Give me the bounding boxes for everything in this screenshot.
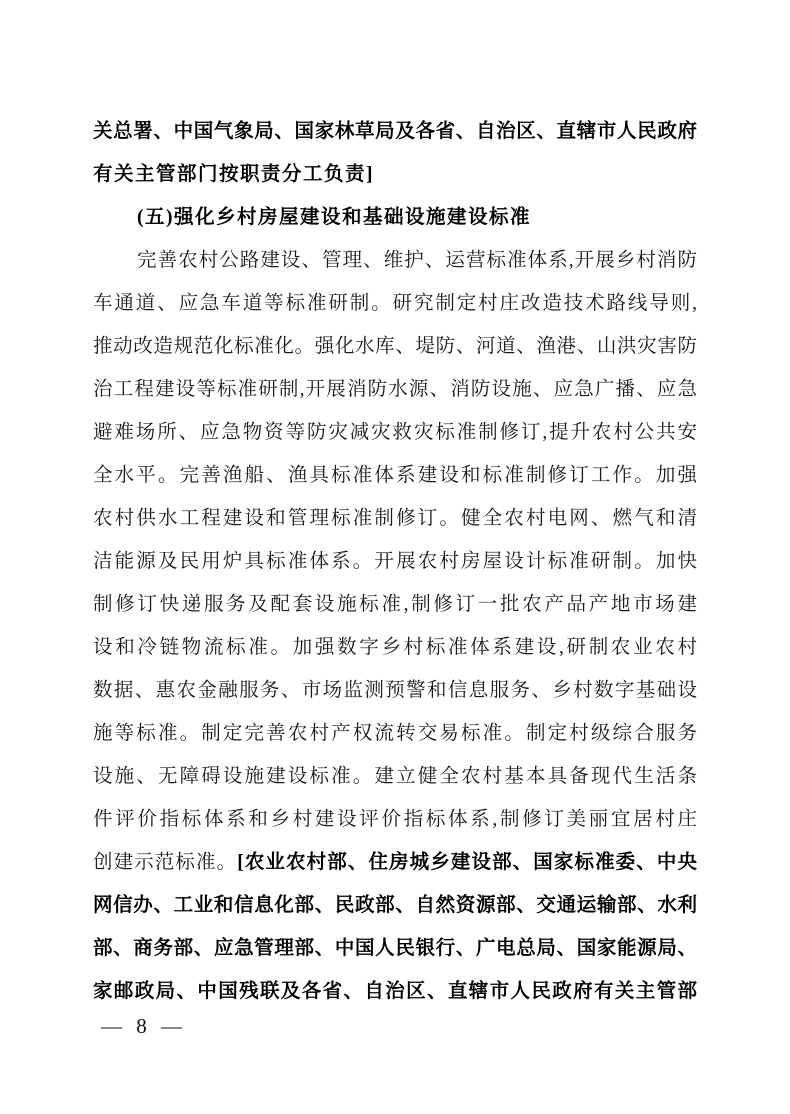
text-line: 推动改造规范化标准化。强化水库、堤防、河道、渔港、山洪灾害防	[93, 325, 697, 368]
text-line: 数据、惠农金融服务、市场监测预警和信息服务、乡村数字基础设	[93, 669, 697, 712]
document-body: 关总署、中国气象局、国家林草局及各省、自治区、直辖市人民政府 有关主管部门按职责…	[93, 110, 697, 1013]
text-line: 避难场所、应急物资等防灾减灾救灾标准制修订,提升农村公共安	[93, 411, 697, 454]
text-line: 关总署、中国气象局、国家林草局及各省、自治区、直辖市人民政府	[93, 110, 697, 153]
text-line: 设和冷链物流标准。加强数字乡村标准体系建设,研制农业农村	[93, 626, 697, 669]
text-line: 施等标准。制定完善农村产权流转交易标准。制定村级综合服务	[93, 712, 697, 755]
text-line: 件评价指标体系和乡村建设评价指标体系,制修订美丽宜居村庄	[93, 798, 697, 841]
page-number: — 8 —	[101, 1006, 182, 1046]
text-line: 设施、无障碍设施建设标准。建立健全农村基本具备现代生活条	[93, 755, 697, 798]
text-line: 网信办、工业和信息化部、民政部、自然资源部、交通运输部、水利	[93, 884, 697, 927]
text-line: 全水平。完善渔船、渔具标准体系建设和标准制修订工作。加强	[93, 454, 697, 497]
text-segment-bold: [农业农村部、住房城乡建设部、国家标准委、中央	[237, 852, 697, 873]
text-line: 家邮政局、中国残联及各省、自治区、直辖市人民政府有关主管部	[93, 970, 697, 1013]
text-line: 完善农村公路建设、管理、维护、运营标准体系,开展乡村消防	[93, 239, 697, 282]
text-line: 治工程建设等标准研制,开展消防水源、消防设施、应急广播、应急	[93, 368, 697, 411]
text-line: 有关主管部门按职责分工负责]	[93, 153, 697, 196]
text-segment: 创建示范标准。	[93, 852, 237, 873]
text-line: 农村供水工程建设和管理标准制修订。健全农村电网、燃气和清	[93, 497, 697, 540]
text-line: 洁能源及民用炉具标准体系。开展农村房屋设计标准研制。加快	[93, 540, 697, 583]
document-page: 关总署、中国气象局、国家林草局及各省、自治区、直辖市人民政府 有关主管部门按职责…	[0, 0, 790, 1114]
text-line-mixed: 创建示范标准。[农业农村部、住房城乡建设部、国家标准委、中央	[93, 841, 697, 884]
section-heading: (五)强化乡村房屋建设和基础设施建设标准	[93, 196, 697, 239]
text-line: 部、商务部、应急管理部、中国人民银行、广电总局、国家能源局、国	[93, 927, 697, 970]
text-line: 制修订快递服务及配套设施标准,制修订一批农产品产地市场建	[93, 583, 697, 626]
text-line: 车通道、应急车道等标准研制。研究制定村庄改造技术路线导则,	[93, 282, 697, 325]
